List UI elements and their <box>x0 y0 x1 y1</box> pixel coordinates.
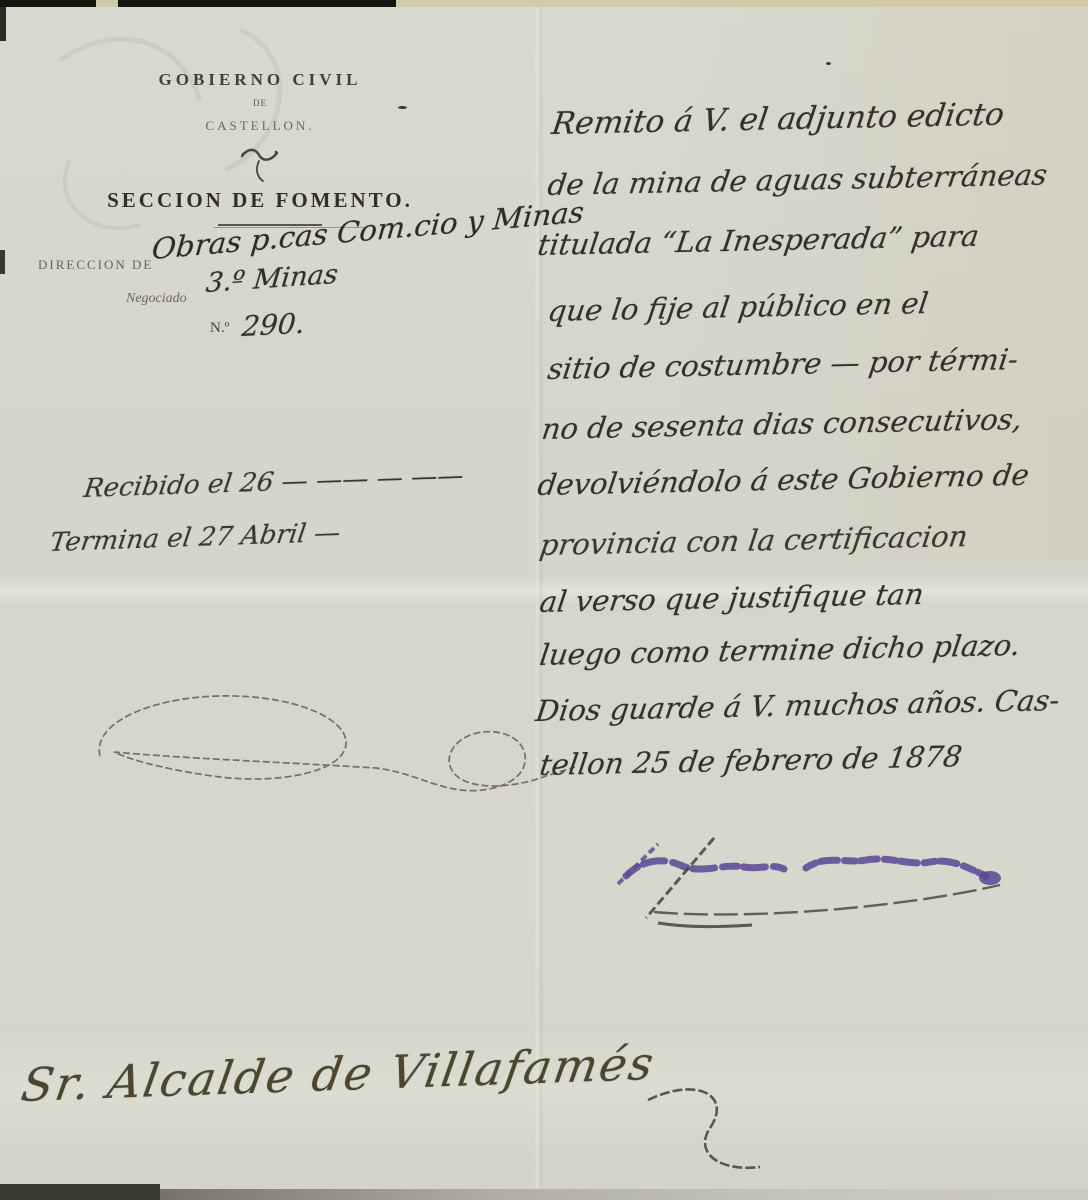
scan-edge-bottom-blob <box>0 1184 160 1200</box>
ink-speck <box>826 62 831 65</box>
letterhead-agency-line3: CASTELLON. <box>92 118 428 134</box>
numero-label: N.º <box>210 320 229 337</box>
document-scan: { "page": { "paper_color": "#d5d6cc", "i… <box>0 0 1088 1200</box>
numero-handwritten-value: 290. <box>241 307 307 343</box>
rubric-flourish <box>78 678 578 813</box>
direccion-label: DIRECCION DE <box>38 257 153 273</box>
negociado-label: Negociado <box>126 291 187 307</box>
letterhead-agency-line2: DE <box>92 98 428 108</box>
addressee-flourish-tail <box>636 1068 786 1193</box>
letterhead-section-title: SECCION DE FOMENTO. <box>62 188 458 213</box>
scan-edge-bottom <box>0 1189 1088 1200</box>
scan-edge-speck <box>0 250 5 274</box>
scan-edge-speck <box>0 7 6 41</box>
scan-edge-top-right <box>396 0 1088 7</box>
scan-edge-top-left <box>0 0 396 7</box>
letterhead-ornament-icon <box>236 144 282 186</box>
letterhead-agency-line1: GOBIERNO CIVIL <box>92 70 428 90</box>
signature-flourish <box>600 822 1030 937</box>
